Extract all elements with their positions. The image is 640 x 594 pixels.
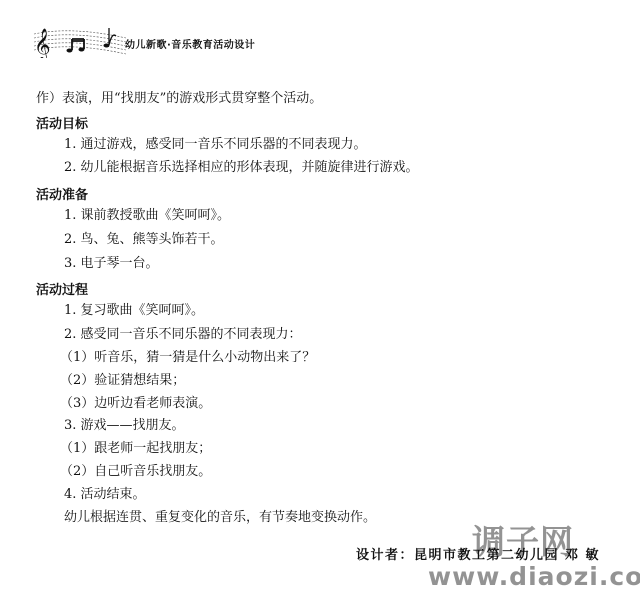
list-item: 3. 电子琴一台。 <box>64 256 159 272</box>
list-item: 2. 鸟、兔、熊等头饰若干。 <box>64 232 224 248</box>
list-item: 幼儿根据连贯、重复变化的音乐，有节奏地变换动作。 <box>64 510 376 526</box>
list-item: 4. 活动结束。 <box>64 487 146 503</box>
list-item: （2）验证猜想结果； <box>60 373 185 389</box>
list-item: （1）听音乐，猜一猜是什么小动物出来了？ <box>60 350 315 366</box>
designer-credit: 设计者：昆明市教工第二幼儿园 邓 敏 <box>356 544 600 563</box>
svg-text:𝄞: 𝄞 <box>34 28 51 58</box>
list-item: 2. 感受同一音乐不同乐器的不同表现力： <box>64 327 302 343</box>
header-title: 幼儿新歌·音乐教育活动设计 <box>125 36 255 51</box>
list-item: 1. 复习歌曲《笑呵呵》。 <box>64 303 204 319</box>
music-notes-icon: 𝄞 <box>32 24 127 58</box>
list-item: 2. 幼儿能根据音乐选择相应的形体表现，并随旋律进行游戏。 <box>64 160 419 176</box>
intro-text: 作）表演，用“找朋友”的游戏形式贯穿整个活动。 <box>36 91 322 107</box>
list-item: 1. 课前教授歌曲《笑呵呵》。 <box>64 208 230 224</box>
list-item: （2）自己听音乐找朋友。 <box>60 464 211 480</box>
list-item: 3. 游戏——找朋友。 <box>64 418 185 434</box>
page-header: 𝄞 幼儿新歌·音乐教育活动设计 <box>32 24 312 56</box>
heading-goals: 活动目标 <box>36 113 88 132</box>
list-item: 1. 通过游戏，感受同一音乐不同乐器的不同表现力。 <box>64 137 367 153</box>
list-item: （1）跟老师一起找朋友； <box>60 441 211 457</box>
list-item: （3）边听边看老师表演。 <box>60 396 211 412</box>
heading-preparation: 活动准备 <box>36 184 88 203</box>
watermark-url: www.diaozi.com <box>428 562 640 591</box>
heading-process: 活动过程 <box>36 279 88 298</box>
